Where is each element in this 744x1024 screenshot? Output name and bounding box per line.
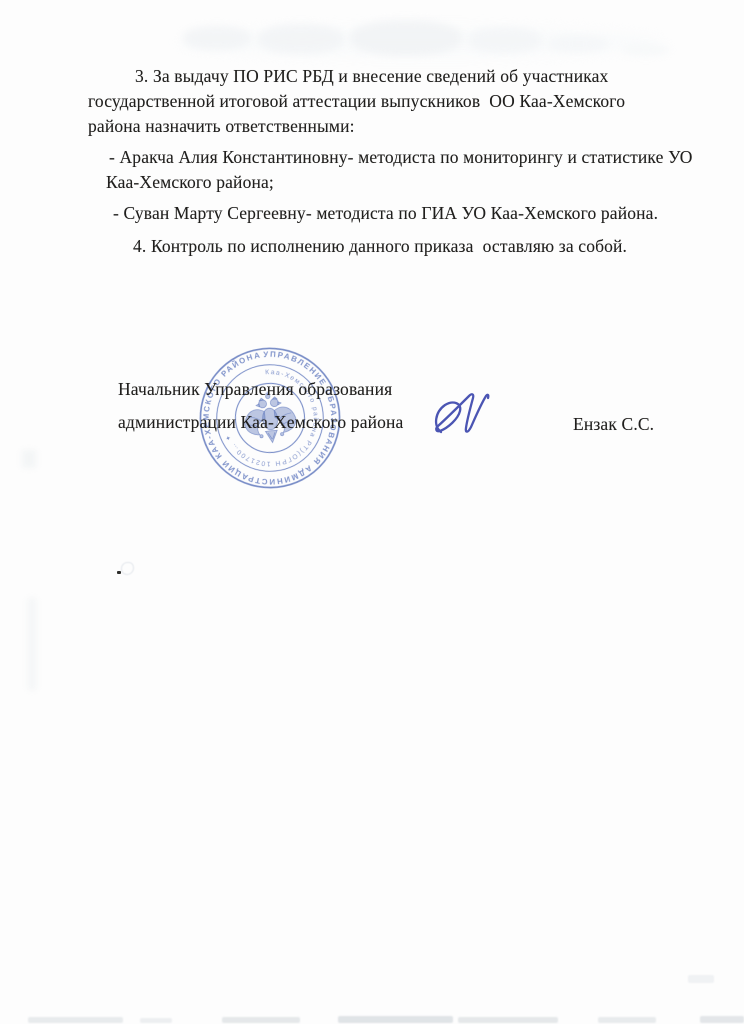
scan-artifact: [22, 450, 36, 468]
scan-artifact: [548, 36, 608, 52]
scan-artifact: [28, 1017, 123, 1023]
scan-artifact: [458, 1017, 558, 1023]
scan-artifact: [468, 27, 542, 53]
paragraph-3-line-1: 3. За выдачу ПО РИС РБД и внесение сведе…: [135, 66, 608, 88]
scan-artifact: [222, 1017, 300, 1023]
paragraph-3-line-2: государственной итоговой аттестации выпу…: [88, 91, 625, 113]
scan-artifact: [183, 26, 251, 50]
handwritten-signature: [425, 388, 515, 446]
scan-artifact: [350, 20, 462, 56]
scan-artifact: [117, 571, 121, 574]
signatory-title-line-1: Начальник Управления образования: [118, 379, 392, 401]
scan-artifact: [338, 1016, 453, 1023]
scan-artifact: [700, 1016, 744, 1023]
signatory-title-line-2: администрации Каа-Хемского района: [118, 412, 403, 434]
scan-artifact: [258, 24, 344, 54]
responsible-item-1-line-1: - Аракча Алия Константиновну- методиста …: [109, 147, 693, 169]
scan-artifact: [121, 562, 134, 575]
paragraph-3-line-3: района назначить ответственными:: [88, 116, 355, 138]
responsible-item-1-line-2: Каа-Хемского района;: [106, 172, 274, 194]
scan-artifact: [622, 44, 670, 56]
paragraph-4: 4. Контроль по исполнению данного приказ…: [133, 236, 627, 258]
signatory-name: Ензак С.С.: [573, 414, 654, 436]
scan-artifact: [28, 598, 36, 690]
responsible-item-2: - Суван Марту Сергеевну- методиста по ГИ…: [113, 203, 658, 225]
scan-artifact: [688, 975, 714, 983]
scan-artifact: [140, 1018, 172, 1023]
scan-artifact: [598, 1017, 656, 1023]
scanned-document-page: 3. За выдачу ПО РИС РБД и внесение сведе…: [0, 0, 744, 1024]
